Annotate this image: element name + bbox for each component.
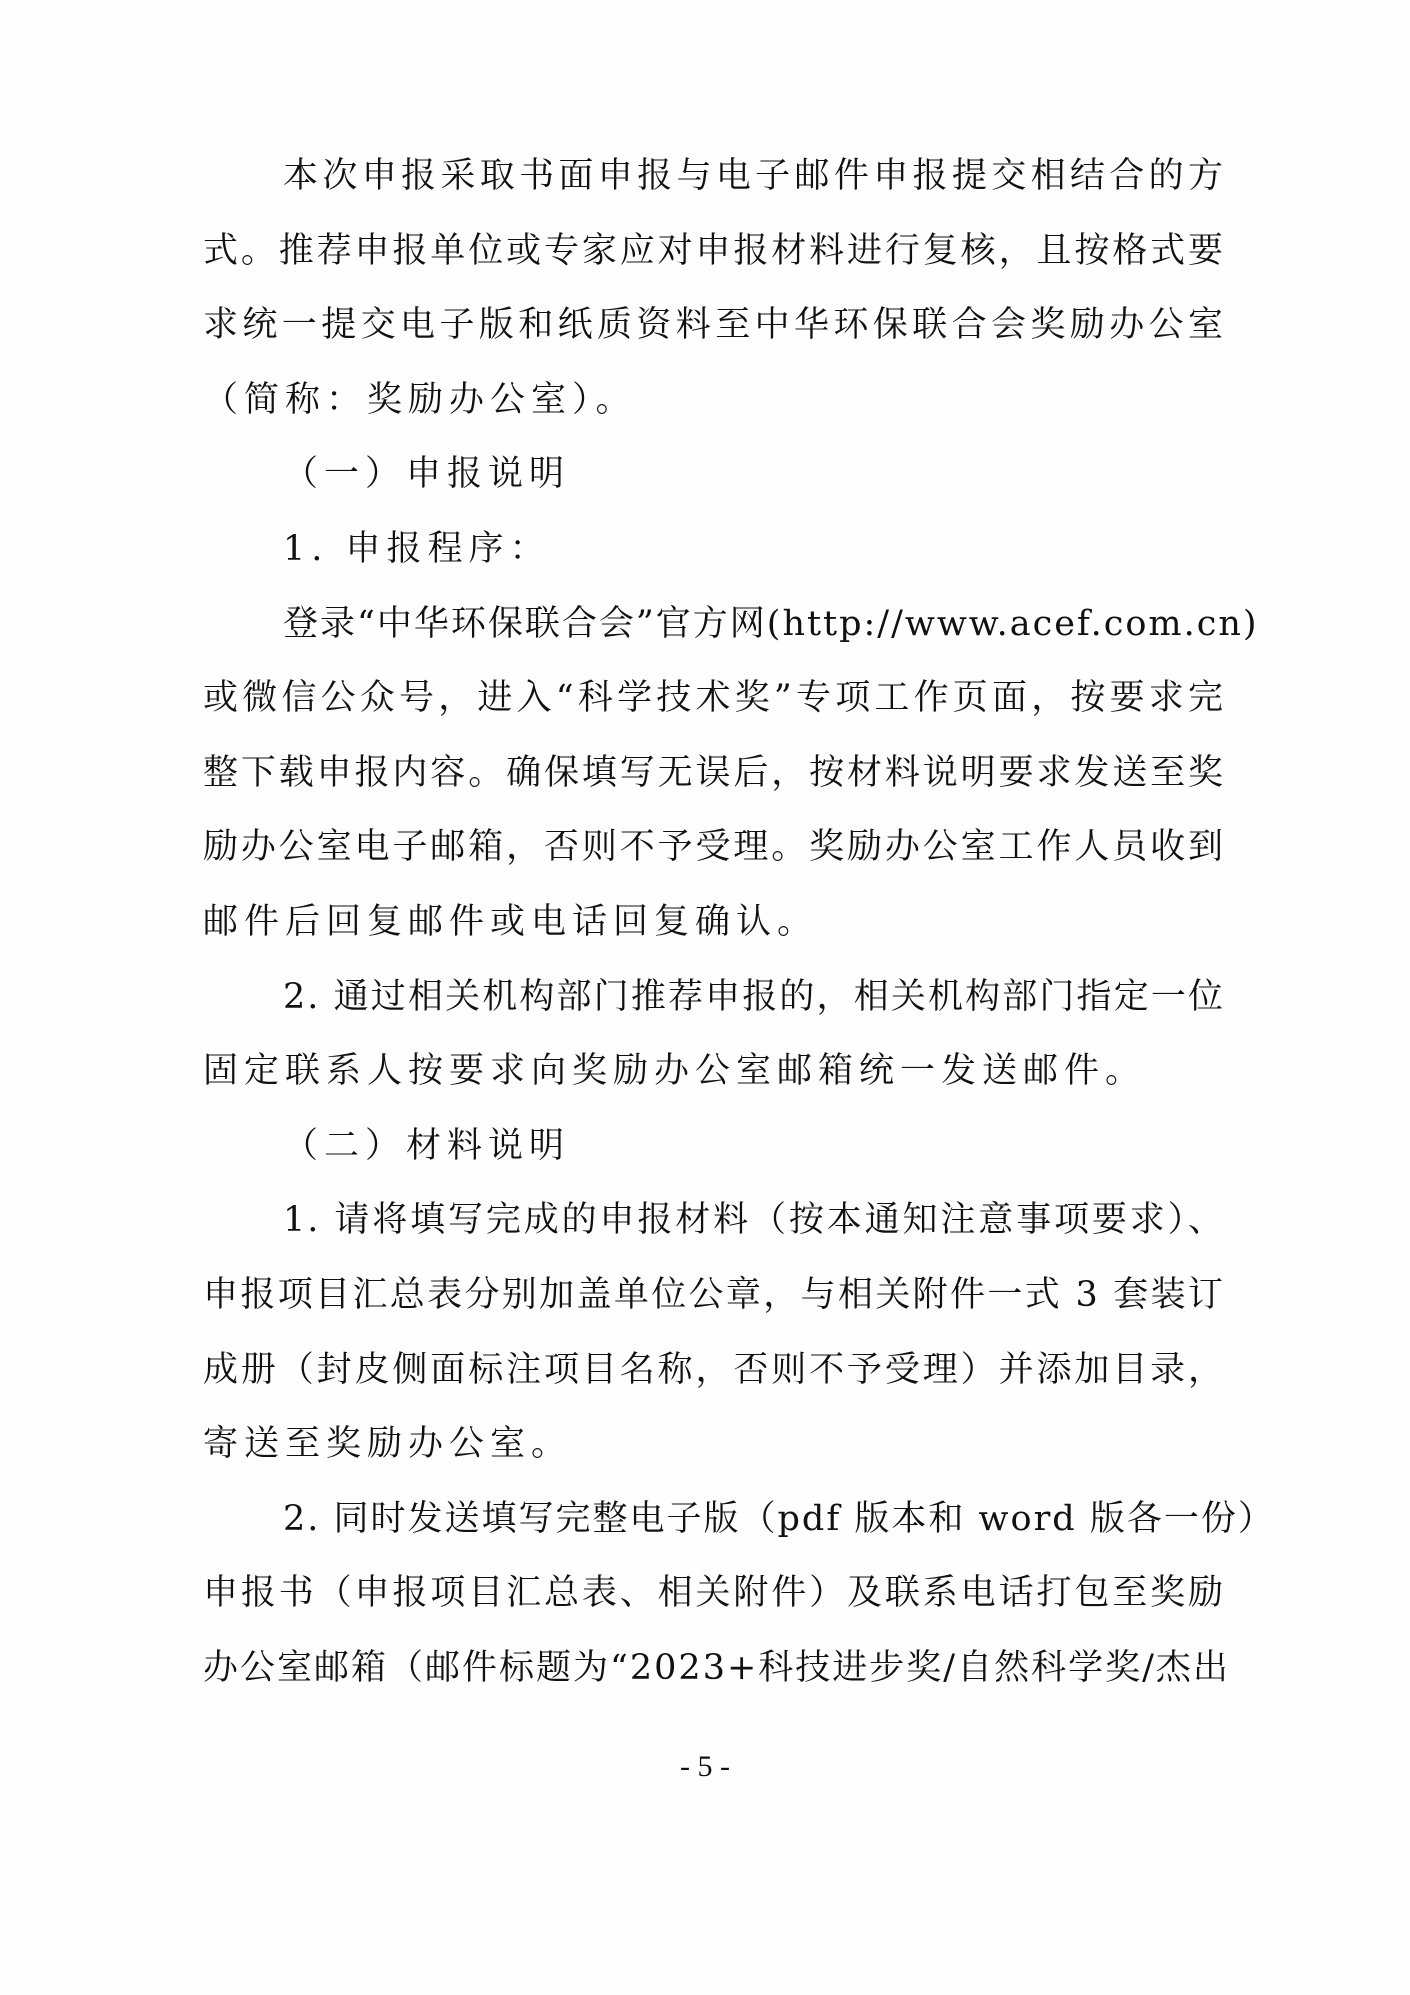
paragraph-line: 本次申报采取书面申报与电子邮件申报提交相结合的方 <box>203 150 1225 225</box>
paragraph-line: 办公室邮箱（邮件标题为“2023+科技进步奖/自然科学奖/杰出 <box>203 1642 1225 1717</box>
section-heading-material-instructions: （二）材料说明 <box>203 1120 1225 1195</box>
paragraph-line: 申报书（申报项目汇总表、相关附件）及联系电话打包至奖励 <box>203 1567 1225 1642</box>
paragraph-line: 整下载申报内容。确保填写无误后，按材料说明要求发送至奖 <box>203 747 1225 822</box>
paragraph-line: 寄送至奖励办公室。 <box>203 1418 1225 1493</box>
paragraph-line: 求统一提交电子版和纸质资料至中华环保联合会奖励办公室 <box>203 299 1225 374</box>
paragraph-line: 申报项目汇总表分别加盖单位公章，与相关附件一式 3 套装订 <box>203 1269 1225 1344</box>
paragraph-line: 成册（封皮侧面标注项目名称，否则不予受理）并添加目录， <box>203 1344 1225 1419</box>
document-body: 本次申报采取书面申报与电子邮件申报提交相结合的方 式。推荐申报单位或专家应对申报… <box>203 150 1225 1716</box>
document-page: 本次申报采取书面申报与电子邮件申报提交相结合的方 式。推荐申报单位或专家应对申报… <box>0 0 1410 1995</box>
page-number: - 5 - <box>0 1750 1410 1784</box>
paragraph-line: 式。推荐申报单位或专家应对申报材料进行复核，且按格式要 <box>203 225 1225 300</box>
paragraph-line: 2. 通过相关机构部门推荐申报的，相关机构部门指定一位 <box>203 971 1225 1046</box>
paragraph-line: 励办公室电子邮箱，否则不予受理。奖励办公室工作人员收到 <box>203 821 1225 896</box>
item-heading-application-procedure: 1. 申报程序： <box>203 523 1225 598</box>
paragraph-line: 2. 同时发送填写完整电子版（pdf 版本和 word 版各一份） <box>203 1493 1225 1568</box>
paragraph-line: 1. 请将填写完成的申报材料（按本通知注意事项要求）、 <box>203 1194 1225 1269</box>
section-heading-application-instructions: （一）申报说明 <box>203 448 1225 523</box>
paragraph-line: （简称：奖励办公室）。 <box>203 374 1225 449</box>
paragraph-line: 登录“中华环保联合会”官方网(http://www.acef.com.cn) <box>203 598 1225 673</box>
paragraph-line: 或微信公众号，进入“科学技术奖”专项工作页面，按要求完 <box>203 672 1225 747</box>
paragraph-line: 固定联系人按要求向奖励办公室邮箱统一发送邮件。 <box>203 1045 1225 1120</box>
paragraph-line: 邮件后回复邮件或电话回复确认。 <box>203 896 1225 971</box>
